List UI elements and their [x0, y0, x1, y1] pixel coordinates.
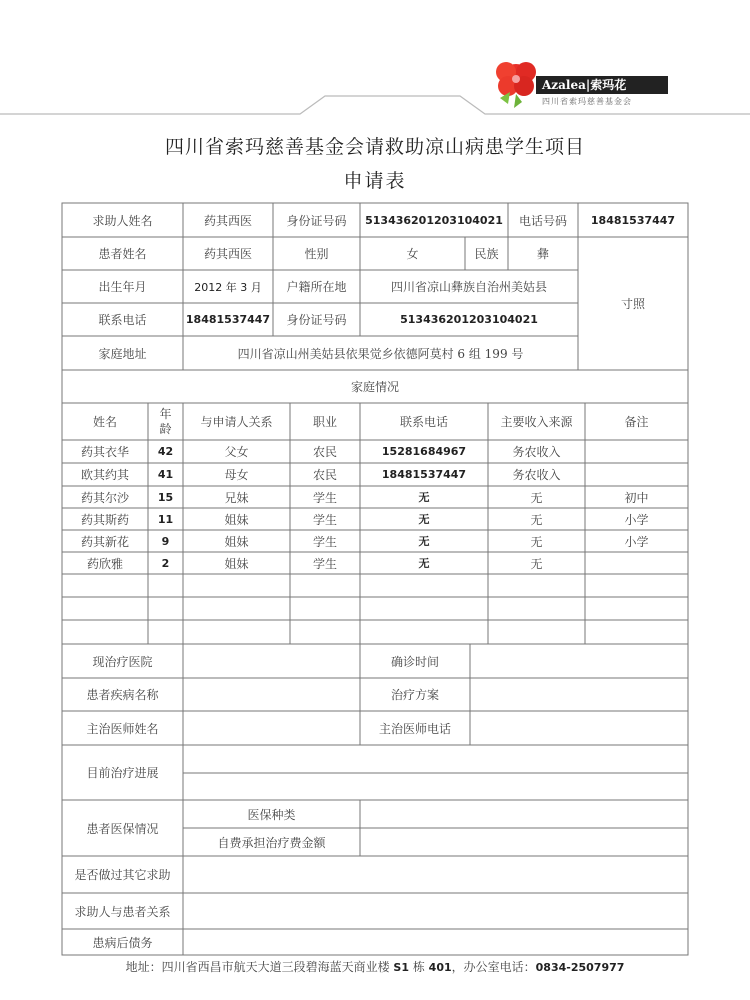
family-header-income: 主要收入来源: [488, 403, 585, 440]
family-cell-income[interactable]: 无: [488, 486, 585, 508]
family-cell-job[interactable]: [290, 597, 360, 620]
footer-mid2: ，办公室电话：: [452, 960, 536, 974]
family-cell-note[interactable]: [585, 552, 688, 574]
family-cell-relation[interactable]: 姐妹: [183, 552, 290, 574]
treatment-plan-field[interactable]: [470, 678, 688, 711]
insurance-label: 患者医保情况: [62, 800, 183, 856]
family-cell-income[interactable]: 务农收入: [488, 440, 585, 463]
insurance-type-label: 医保种类: [183, 800, 360, 828]
family-cell-income[interactable]: [488, 574, 585, 597]
family-cell-relation[interactable]: [183, 597, 290, 620]
family-cell-relation[interactable]: 父女: [183, 440, 290, 463]
applicant-name-label: 求助人姓名: [62, 203, 183, 237]
diagnosis-time-field[interactable]: [470, 644, 688, 678]
family-cell-age[interactable]: 15: [148, 486, 183, 508]
family-cell-age[interactable]: [148, 620, 183, 644]
family-cell-name[interactable]: [62, 620, 148, 644]
family-header-note: 备注: [585, 403, 688, 440]
family-cell-age[interactable]: [148, 574, 183, 597]
family-cell-phone[interactable]: 15281684967: [360, 440, 488, 463]
debt-field[interactable]: [183, 929, 688, 955]
family-cell-income[interactable]: [488, 620, 585, 644]
family-cell-name[interactable]: [62, 597, 148, 620]
family-cell-phone[interactable]: 无: [360, 552, 488, 574]
doctor-phone-field[interactable]: [470, 711, 688, 745]
footer-phone: 0834-2507977: [536, 961, 625, 974]
self-pay-field[interactable]: [360, 828, 688, 856]
birth-date-label: 出生年月: [62, 270, 183, 303]
treatment-progress-label: 目前治疗进展: [62, 745, 183, 800]
photo-placeholder: 寸照: [578, 237, 688, 370]
patient-id-field[interactable]: 513436201203104021: [360, 303, 578, 336]
patient-gender-field[interactable]: 女: [360, 237, 465, 270]
doctor-phone-label: 主治医师电话: [360, 711, 470, 745]
self-pay-label: 自费承担治疗费金额: [183, 828, 360, 856]
family-header-phone: 联系电话: [360, 403, 488, 440]
family-header-age-text: 年龄: [159, 407, 173, 437]
relationship-field[interactable]: [183, 893, 688, 929]
home-address-label: 家庭地址: [62, 336, 183, 370]
family-cell-phone[interactable]: [360, 620, 488, 644]
family-cell-relation[interactable]: [183, 620, 290, 644]
diagnosis-time-label: 确诊时间: [360, 644, 470, 678]
applicant-id-label: 身份证号码: [273, 203, 360, 237]
family-cell-note[interactable]: [585, 574, 688, 597]
family-cell-income[interactable]: 无: [488, 508, 585, 530]
family-cell-note[interactable]: 小学: [585, 530, 688, 552]
family-cell-age[interactable]: 2: [148, 552, 183, 574]
family-cell-relation[interactable]: 姐妹: [183, 530, 290, 552]
patient-id-label: 身份证号码: [273, 303, 360, 336]
applicant-id-field[interactable]: 513436201203104021: [360, 203, 508, 237]
other-aid-label: 是否做过其它求助: [62, 856, 183, 893]
family-cell-job[interactable]: 学生: [290, 508, 360, 530]
family-cell-age[interactable]: 41: [148, 463, 183, 486]
family-cell-job[interactable]: [290, 574, 360, 597]
family-header-age: 年龄: [148, 403, 183, 440]
family-cell-name[interactable]: 药其斯药: [62, 508, 148, 530]
family-cell-income[interactable]: [488, 597, 585, 620]
family-header-relation: 与申请人关系: [183, 403, 290, 440]
family-cell-name[interactable]: 欧其约其: [62, 463, 148, 486]
family-cell-relation[interactable]: 母女: [183, 463, 290, 486]
disease-name-label: 患者疾病名称: [62, 678, 183, 711]
family-cell-note[interactable]: [585, 463, 688, 486]
family-cell-note[interactable]: 初中: [585, 486, 688, 508]
family-cell-name[interactable]: 药其尔沙: [62, 486, 148, 508]
family-cell-job[interactable]: 学生: [290, 552, 360, 574]
family-cell-age[interactable]: 42: [148, 440, 183, 463]
contact-phone-field[interactable]: 18481537447: [183, 303, 273, 336]
birth-date-field[interactable]: 2012 年 3 月: [183, 270, 273, 303]
family-cell-note[interactable]: [585, 597, 688, 620]
family-cell-job[interactable]: 农民: [290, 463, 360, 486]
family-cell-phone[interactable]: [360, 574, 488, 597]
relationship-label: 求助人与患者关系: [62, 893, 183, 929]
family-header-job: 职业: [290, 403, 360, 440]
family-cell-name[interactable]: 药其衣华: [62, 440, 148, 463]
family-cell-name[interactable]: 药欣雅: [62, 552, 148, 574]
family-cell-age[interactable]: 11: [148, 508, 183, 530]
family-cell-relation[interactable]: [183, 574, 290, 597]
insurance-type-field[interactable]: [360, 800, 688, 828]
family-cell-phone[interactable]: 无: [360, 486, 488, 508]
treatment-plan-label: 治疗方案: [360, 678, 470, 711]
family-cell-job[interactable]: 学生: [290, 486, 360, 508]
hospital-field[interactable]: [183, 644, 360, 678]
other-aid-field[interactable]: [183, 856, 688, 893]
family-cell-job[interactable]: [290, 620, 360, 644]
treatment-progress-field[interactable]: [183, 745, 688, 800]
disease-name-field[interactable]: [183, 678, 360, 711]
footer-building: S1: [393, 961, 409, 974]
family-cell-phone[interactable]: [360, 597, 488, 620]
family-cell-income[interactable]: 无: [488, 552, 585, 574]
family-cell-name[interactable]: 药其新花: [62, 530, 148, 552]
applicant-name-field[interactable]: 药其西医: [183, 203, 273, 237]
applicant-phone-label: 电话号码: [508, 203, 578, 237]
family-cell-phone[interactable]: 无: [360, 508, 488, 530]
doctor-name-label: 主治医师姓名: [62, 711, 183, 745]
patient-ethnicity-field[interactable]: 彝: [508, 237, 578, 270]
footer-mid1: 栋: [413, 960, 425, 974]
family-cell-job[interactable]: 农民: [290, 440, 360, 463]
family-cell-note[interactable]: [585, 620, 688, 644]
footer-address: 地址：四川省西昌市航天大道三段碧海蓝天商业楼 S1 栋 401，办公室电话：08…: [0, 958, 750, 975]
home-address-field[interactable]: 四川省凉山州美姑县依果觉乡依德阿莫村 6 组 199 号: [183, 336, 578, 370]
hukou-field[interactable]: 四川省凉山彝族自治州美姑县: [360, 270, 578, 303]
family-header-name: 姓名: [62, 403, 148, 440]
family-section-heading: 家庭情况: [62, 370, 688, 403]
hukou-label: 户籍所在地: [273, 270, 360, 303]
family-cell-phone[interactable]: 18481537447: [360, 463, 488, 486]
family-cell-job[interactable]: 学生: [290, 530, 360, 552]
family-cell-age[interactable]: 9: [148, 530, 183, 552]
family-cell-name[interactable]: [62, 574, 148, 597]
patient-name-label: 患者姓名: [62, 237, 183, 270]
patient-name-field[interactable]: 药其西医: [183, 237, 273, 270]
family-cell-relation[interactable]: 兄妹: [183, 486, 290, 508]
applicant-phone-field[interactable]: 18481537447: [578, 203, 688, 237]
family-cell-phone[interactable]: 无: [360, 530, 488, 552]
debt-label: 患病后债务: [62, 929, 183, 955]
contact-phone-label: 联系电话: [62, 303, 183, 336]
family-cell-note[interactable]: 小学: [585, 508, 688, 530]
doctor-name-field[interactable]: [183, 711, 360, 745]
patient-ethnicity-label: 民族: [465, 237, 508, 270]
family-cell-relation[interactable]: 姐妹: [183, 508, 290, 530]
family-cell-income[interactable]: 务农收入: [488, 463, 585, 486]
patient-gender-label: 性别: [273, 237, 360, 270]
family-cell-income[interactable]: 无: [488, 530, 585, 552]
family-cell-note[interactable]: [585, 440, 688, 463]
footer-address-prefix: 地址：四川省西昌市航天大道三段碧海蓝天商业楼: [126, 960, 390, 974]
footer-room: 401: [429, 961, 452, 974]
hospital-label: 现治疗医院: [62, 644, 183, 678]
family-cell-age[interactable]: [148, 597, 183, 620]
